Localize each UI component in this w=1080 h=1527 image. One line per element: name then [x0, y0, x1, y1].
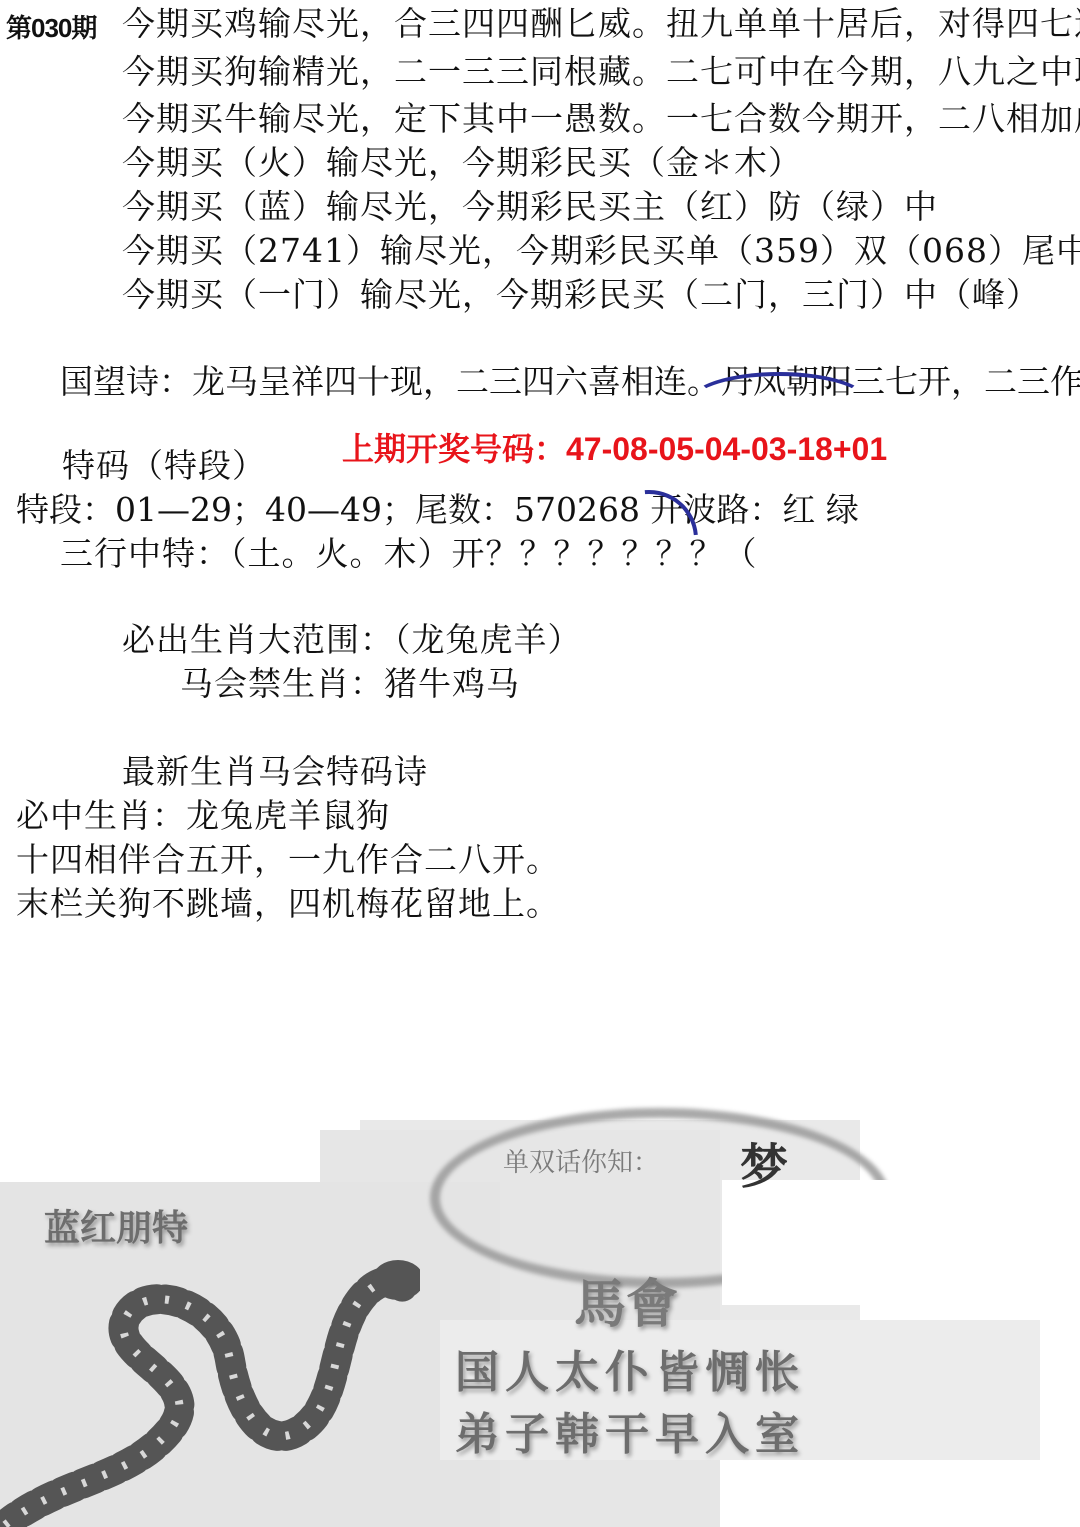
verse-graphic-line-2: 弟子韩干早入室 [455, 1398, 805, 1462]
zodiac-poem-title: 最新生肖马会特码诗 [122, 752, 428, 792]
zodiac-poem-line-3: 末栏关狗不跳墙，四机梅花留地上。 [16, 884, 560, 924]
bubble-text: 单双话你知： [503, 1142, 659, 1179]
graphic-cutout [722, 1180, 1080, 1305]
zodiac-poem-line-1: 必中生肖：龙兔虎羊鼠狗 [16, 796, 390, 836]
verse-graphic-line-1: 国人太仆皆惆怅 [455, 1336, 805, 1400]
verse-line-5: 今期买（蓝）输尽光，今期彩民买主（红）防（绿）中 [122, 187, 938, 227]
verse-line-2: 今期买狗输精光，二一三三同根藏。二七可中在今期，八九之中取嘴一。 [122, 52, 1080, 92]
zodiac-banned: 马会禁生肖：猪牛鸡马 [180, 664, 520, 704]
verse-line-3: 今期买牛输尽光，定下其中一愚数。一七合数今期开，二八相加成一个。 [122, 99, 1080, 139]
guowang-poem: 国望诗：龙马呈祥四十现，二三四六喜相连。丹凤朝阳三七开，二三作合中头采。 [60, 362, 1080, 402]
verse-line-4: 今期买（火）输尽光，今期彩民买（金＊木） [122, 143, 802, 183]
zodiac-poem-line-2: 十四相伴合五开，一九作合二八开。 [16, 840, 560, 880]
ink-stroke-decoration [690, 372, 868, 430]
verse-line-6: 今期买（2741）输尽光，今期彩民买单（359）双（068）尾中 [122, 231, 1080, 271]
left-title: 蓝红朋特 [44, 1200, 188, 1251]
snake-illustration [0, 1250, 420, 1527]
last-draw-numbers: 上期开奖号码：47-08-05-04-03-18+01 [342, 424, 887, 470]
zodiac-range: 必出生肖大范围：（龙兔虎羊） [122, 620, 582, 660]
verse-line-7: 今期买（一门）输尽光，今期彩民买（二门，三门）中（峰） [122, 275, 1040, 315]
special-segments: 特段：01—29；40—49；尾数：570268 开波路：红 绿 [16, 490, 859, 530]
brand-text: 馬會 [574, 1262, 678, 1337]
bubble-glyph: 梦 [740, 1128, 788, 1197]
special-title: 特码（特段） [62, 446, 266, 486]
verse-line-1: 今期买鸡输尽光，合三四四酬匕威。扭九单单十居后，对得四七透一八。 [122, 4, 1080, 44]
issue-label: 第030期 [6, 8, 96, 45]
